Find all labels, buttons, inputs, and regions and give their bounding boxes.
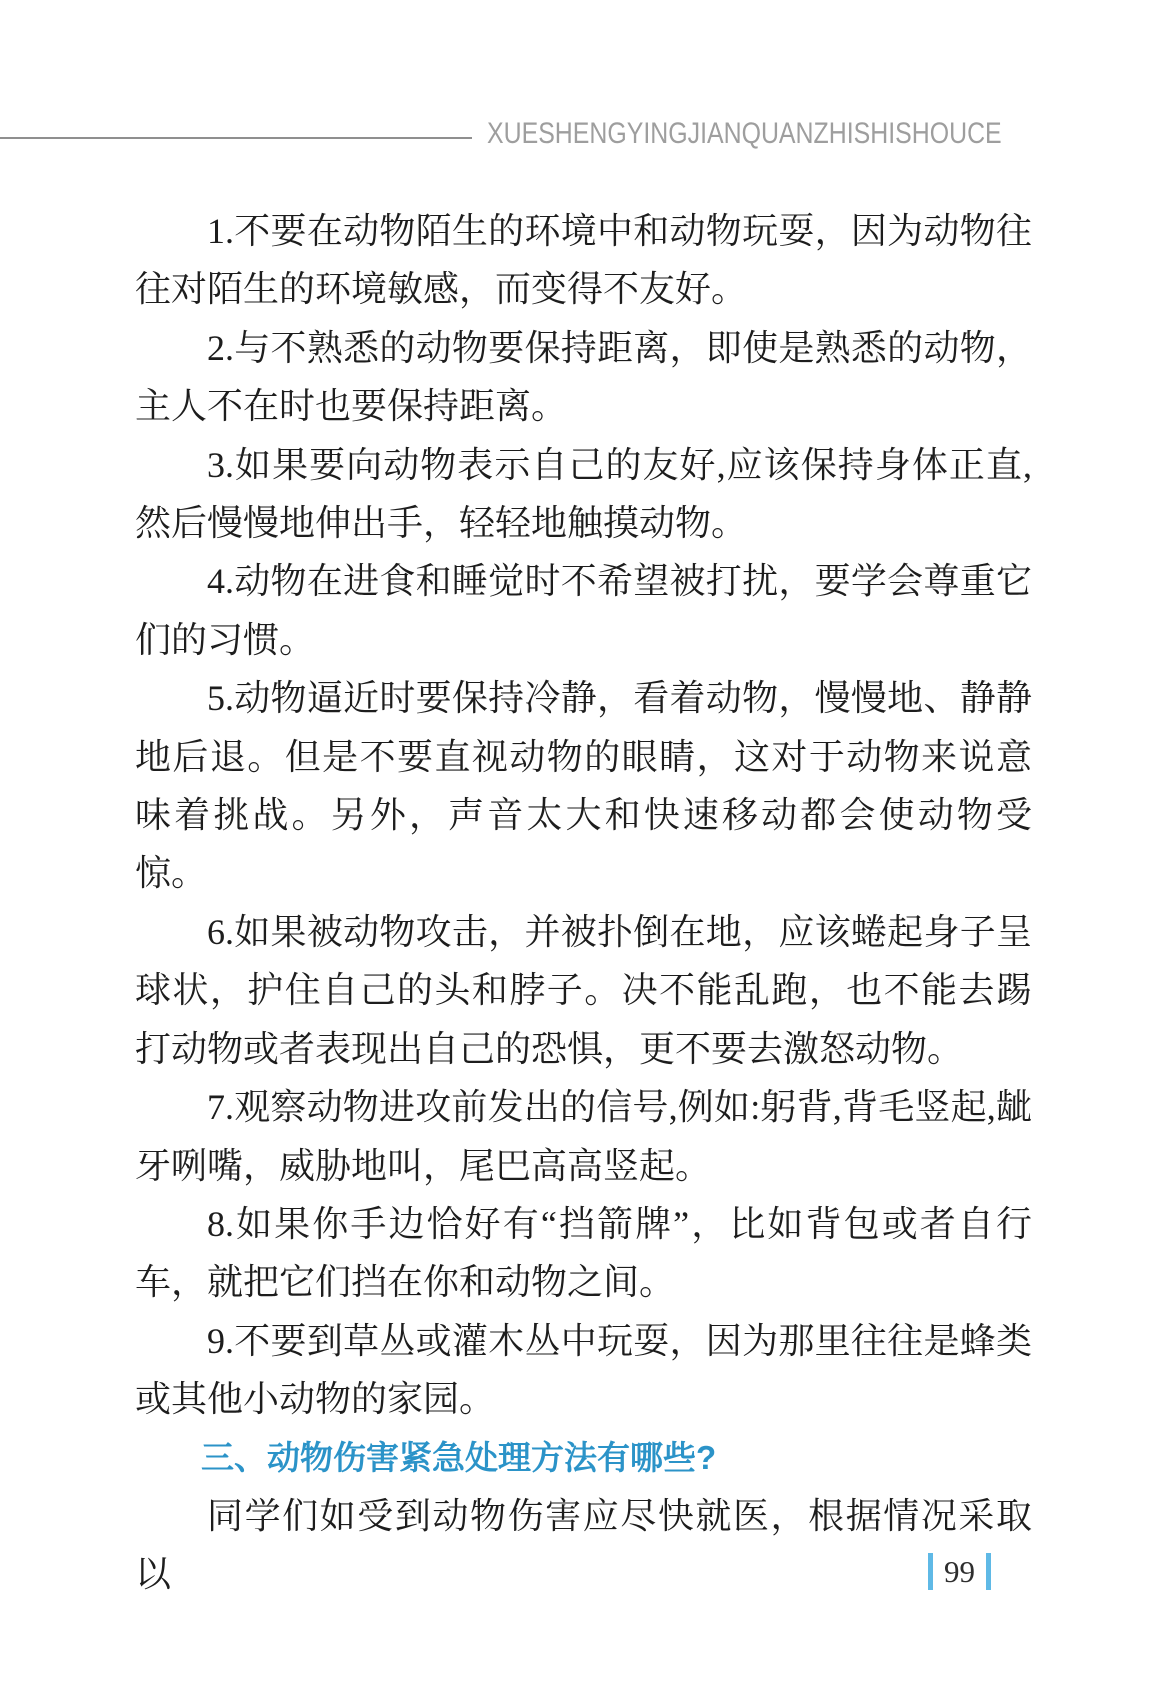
running-head-title: XUESHENGYINGJIANQUANZHISHISHOUCE [487, 119, 1002, 149]
section-heading: 三、动物伤害紧急处理方法有哪些? [135, 1429, 1032, 1487]
body-paragraph: 9.不要到草丛或灌木丛中玩耍，因为那里往往是蜂类或其他小动物的家园。 [135, 1312, 1032, 1429]
body-paragraph: 5.动物逼近时要保持冷静，看着动物，慢慢地、静静地后退。但是不要直视动物的眼睛，… [135, 669, 1032, 903]
page-number: 99 [944, 1553, 975, 1590]
folio-right-bar [986, 1553, 991, 1590]
body-paragraph: 4.动物在进食和睡觉时不希望被打扰，要学会尊重它们的习惯。 [135, 552, 1032, 669]
body-paragraph: 7.观察动物进攻前发出的信号,例如:躬背,背毛竖起,龇牙咧嘴，威胁地叫，尾巴高高… [135, 1078, 1032, 1195]
body-paragraph: 1.不要在动物陌生的环境中和动物玩耍，因为动物往往对陌生的环境敏感，而变得不友好… [135, 202, 1032, 319]
page-body: 1.不要在动物陌生的环境中和动物玩耍，因为动物往往对陌生的环境敏感，而变得不友好… [135, 202, 1032, 1604]
folio-left-bar [928, 1553, 933, 1590]
closing-paragraph: 同学们如受到动物伤害应尽快就医，根据情况采取以 [135, 1487, 1032, 1604]
body-paragraph: 8.如果你手边恰好有“挡箭牌”，比如背包或者自行车，就把它们挡在你和动物之间。 [135, 1195, 1032, 1312]
body-paragraph: 2.与不熟悉的动物要保持距离，即使是熟悉的动物，主人不在时也要保持距离。 [135, 319, 1032, 436]
page-folio: 99 [928, 1553, 991, 1590]
running-head-rule [0, 137, 472, 139]
body-paragraph: 3.如果要向动物表示自己的友好,应该保持身体正直,然后慢慢地伸出手，轻轻地触摸动… [135, 436, 1032, 553]
book-page: XUESHENGYINGJIANQUANZHISHISHOUCE 1.不要在动物… [0, 0, 1164, 1701]
body-paragraph: 6.如果被动物攻击，并被扑倒在地，应该蜷起身子呈球状，护住自己的头和脖子。决不能… [135, 903, 1032, 1078]
